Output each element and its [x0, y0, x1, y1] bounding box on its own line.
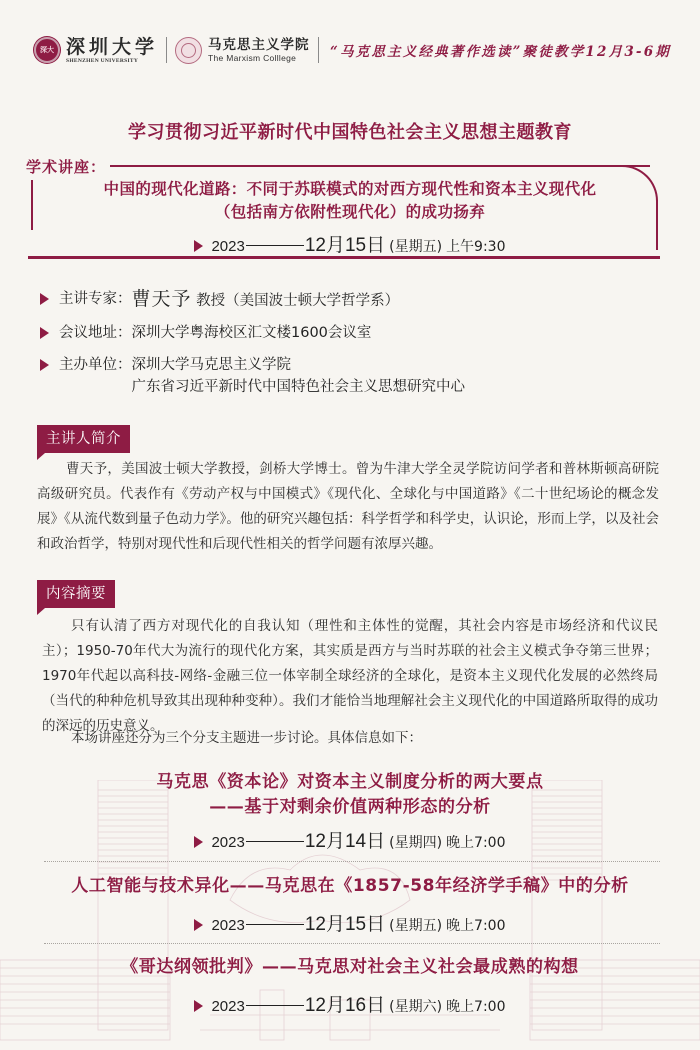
lecture-title-line1: 中国的现代化道路：不同于苏联模式的对西方现代性和资本主义现代化 — [40, 178, 660, 201]
summary-tag: 内容摘要 — [37, 580, 115, 615]
info-list: 主讲专家： 曹天予 教授（美国波士顿大学哲学系） 会议地址： 深圳大学粤海校区汇… — [40, 288, 465, 408]
college-name-cn: 马克思主义学院 — [208, 37, 310, 53]
triangle-bullet-icon — [194, 919, 203, 931]
shenzhen-university-logo: 深大 深圳大学 SHENZHEN UNIVERSITY — [34, 36, 158, 64]
header: 深大 深圳大学 SHENZHEN UNIVERSITY 马克思主义学院 The … — [34, 30, 680, 70]
subtopic-2: 人工智能与技术异化——马克思在《1857-58年经济学手稿》中的分析 2023 … — [0, 874, 700, 936]
header-divider — [318, 37, 319, 63]
marxism-college-logo: 马克思主义学院 The Marxism Colllege — [175, 37, 310, 64]
frame-line — [105, 165, 650, 167]
dotted-divider — [44, 943, 660, 944]
date-weekday: (星期六) — [389, 996, 442, 1016]
venue-value: 深圳大学粤海校区汇文楼1600会议室 — [132, 322, 372, 344]
host-label: 主办单位： — [59, 354, 132, 376]
info-speaker: 主讲专家： 曹天予 教授（美国波士顿大学哲学系） — [40, 288, 465, 312]
date-weekday: (星期五) — [389, 236, 442, 256]
speaker-label: 主讲专家： — [59, 288, 132, 310]
subtopic-date: 2023 12月15日 (星期五) 晚上7:00 — [0, 909, 700, 936]
summary-paragraph-2: 本场讲座还分为三个分支主题进一步讨论。具体信息如下： — [42, 726, 658, 751]
date-weekday: (星期五) — [389, 915, 442, 935]
date-dash — [246, 841, 304, 842]
triangle-bullet-icon — [194, 240, 203, 252]
subtopic-title-line1: 马克思《资本论》对资本主义制度分析的两大要点 — [0, 770, 700, 795]
header-divider — [166, 37, 167, 63]
subtopic-title-line2: ——基于对剩余价值两种形态的分析 — [0, 795, 700, 820]
bio-text: 曹天予，美国波士顿大学教授，剑桥大学博士。曾为牛津大学全灵学院访问学者和普林斯顿… — [37, 457, 659, 557]
subtopic-date: 2023 12月14日 (星期四) 晚上7:00 — [0, 826, 700, 853]
poster: 深大 深圳大学 SHENZHEN UNIVERSITY 马克思主义学院 The … — [0, 0, 700, 1050]
date-time: 晚上7:00 — [446, 996, 505, 1016]
frame-line — [31, 180, 33, 230]
date-time: 晚上7:00 — [446, 915, 505, 935]
theme-heading: 学习贯彻习近平新时代中国特色社会主义思想主题教育 — [0, 118, 700, 144]
date-day: 12月15日 — [305, 909, 385, 936]
university-name-cn: 深圳大学 — [66, 36, 158, 58]
date-year: 2023 — [211, 998, 244, 1015]
lecture-date: 2023 12月15日 (星期五) 上午9:30 — [0, 230, 700, 257]
info-host: 主办单位： 深圳大学马克思主义学院 广东省习近平新时代中国特色社会主义思想研究中… — [40, 354, 465, 398]
triangle-bullet-icon — [40, 293, 49, 305]
bio-tag-label: 主讲人简介 — [37, 425, 130, 453]
subtopic-1: 马克思《资本论》对资本主义制度分析的两大要点 ——基于对剩余价值两种形态的分析 … — [0, 770, 700, 853]
date-time: 晚上7:00 — [446, 832, 505, 852]
date-day: 12月14日 — [305, 826, 385, 853]
venue-label: 会议地址： — [59, 322, 132, 344]
speaker-name: 曹天予 — [132, 288, 192, 310]
subtopic-3: 《哥达纲领批判》——马克思对社会主义社会最成熟的构想 2023 12月16日 (… — [0, 955, 700, 1017]
subtopic-title: 人工智能与技术异化——马克思在《1857-58年经济学手稿》中的分析 — [0, 874, 700, 899]
date-time: 上午9:30 — [446, 236, 505, 256]
date-year: 2023 — [211, 917, 244, 934]
date-weekday: (星期四) — [389, 832, 442, 852]
date-day: 12月16日 — [305, 990, 385, 1017]
summary-paragraph-1: 只有认清了西方对现代化的自我认知（理性和主体性的觉醒，其社会内容是市场经济和代议… — [42, 614, 658, 739]
triangle-bullet-icon — [40, 359, 49, 371]
bio-tag: 主讲人简介 — [37, 425, 130, 460]
date-dash — [246, 924, 304, 925]
date-year: 2023 — [211, 238, 244, 255]
lecture-label: 学术讲座： — [26, 156, 110, 177]
college-name-en: The Marxism Colllege — [208, 53, 310, 63]
triangle-bullet-icon — [40, 327, 49, 339]
subtopic-date: 2023 12月16日 (星期六) 晚上7:00 — [0, 990, 700, 1017]
host-value: 广东省习近平新时代中国特色社会主义思想研究中心 — [132, 376, 466, 398]
info-venue: 会议地址： 深圳大学粤海校区汇文楼1600会议室 — [40, 322, 465, 344]
dotted-divider — [44, 861, 660, 862]
series-title: “马克思主义经典著作选读”聚徒教学12月3-6期 — [330, 40, 671, 60]
university-seal-icon: 深大 — [34, 37, 60, 63]
speaker-title: 教授（美国波士顿大学哲学系） — [192, 293, 400, 309]
triangle-bullet-icon — [194, 1000, 203, 1012]
university-name-en: SHENZHEN UNIVERSITY — [66, 58, 138, 64]
date-year: 2023 — [211, 834, 244, 851]
lecture-title: 中国的现代化道路：不同于苏联模式的对西方现代性和资本主义现代化 （包括南方依附性… — [40, 178, 660, 224]
college-seal-icon — [175, 37, 202, 64]
date-day: 12月15日 — [305, 230, 385, 257]
triangle-bullet-icon — [194, 836, 203, 848]
lecture-title-line2: （包括南方依附性现代化）的成功扬弃 — [40, 201, 660, 224]
date-dash — [246, 245, 304, 246]
date-dash — [246, 1005, 304, 1006]
subtopic-title: 《哥达纲领批判》——马克思对社会主义社会最成熟的构想 — [0, 955, 700, 980]
host-value: 深圳大学马克思主义学院 — [132, 354, 466, 376]
summary-tag-label: 内容摘要 — [37, 580, 115, 608]
